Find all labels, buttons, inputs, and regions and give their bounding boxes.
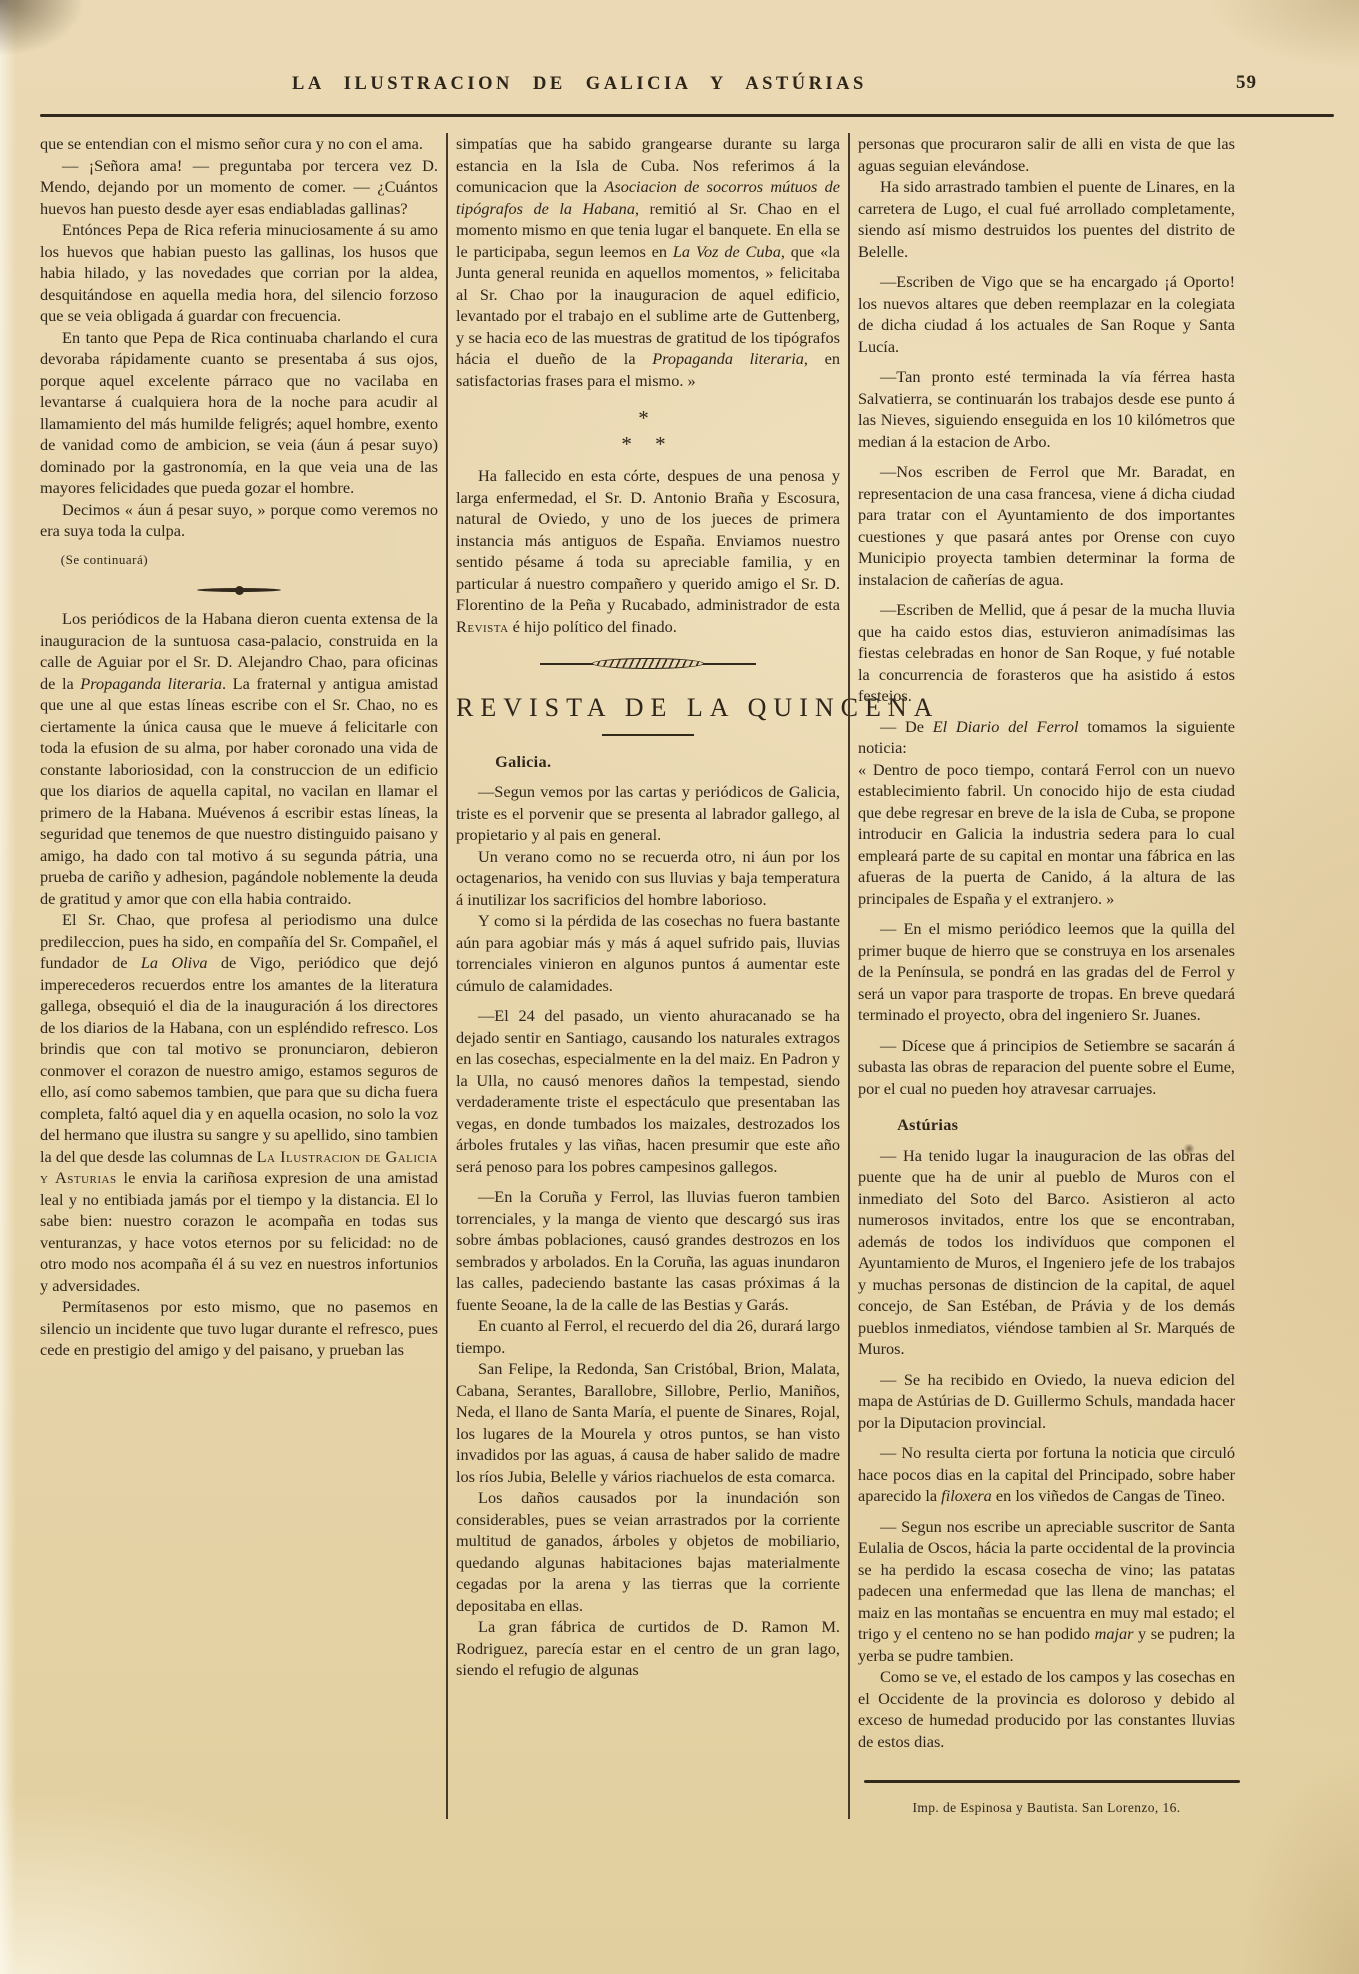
column-3: personas que procuraron salir de alli en… [858,133,1235,1819]
block-pn: — Se ha recibido en Oviedo, la nueva edi… [858,1369,1235,1434]
block-np: que se entendian con el mismo señor cura… [40,133,438,155]
block-p: En tanto que Pepa de Rica continuaba cha… [40,327,438,499]
block-pn: — Dícese que á principios de Setiembre s… [858,1035,1235,1100]
block-np: « Dentro de poco tiempo, contará Ferrol … [858,759,1235,910]
block-p: Como se ve, el estado de los campos y la… [858,1666,1235,1752]
block-p: En cuanto al Ferrol, el recuerdo del dia… [456,1315,840,1358]
page-number: 59 [1236,72,1257,94]
content-columns: que se entendian con el mismo señor cura… [0,133,1359,1819]
block-pn: — Ha tenido lugar la inauguracion de las… [858,1145,1235,1360]
block-pn: — No resulta cierta por fortuna la notic… [858,1442,1235,1507]
block-p: San Felipe, la Redonda, San Cristóbal, B… [456,1358,840,1487]
section-heading-revista: REVISTA DE LA QUINCENA [456,697,840,736]
imprint-line: Imp. de Espinosa y Bautista. San Lorenzo… [858,1797,1235,1819]
block-pn: — Segun nos escribe un apreciable suscri… [858,1516,1235,1667]
block-pn: —Escriben de Mellid, que á pesar de la m… [858,599,1235,707]
block-p: El Sr. Chao, que profesa al periodismo u… [40,909,438,1296]
tapered-rule-ornament [197,588,281,592]
column-1: que se entendian con el mismo señor cura… [40,133,438,1819]
continuation-note: (Se continuará) [40,549,438,571]
block-pn: —En la Coruña y Ferrol, las lluvias fuer… [456,1186,840,1315]
subheading-asturias: Astúrias [858,1114,1235,1136]
column-divider-left [446,133,448,1819]
block-pn: —Tan pronto esté terminada la vía férrea… [858,366,1235,452]
block-p: Ha sido arrastrado tambien el puente de … [858,176,1235,262]
block-np: personas que procuraron salir de alli en… [858,133,1235,176]
block-pn: —El 24 del pasado, un viento ahuracanado… [456,1005,840,1177]
block-p: Los periódicos de la Habana dieron cuent… [40,608,438,909]
subheading-galicia: Galicia. [456,751,840,773]
block-pn: —Segun vemos por las cartas y periódicos… [456,781,840,846]
page-header: LA ILUSTRACION DE GALICIA Y ASTÚRIAS 59 [0,0,1359,114]
column-divider-right [848,133,850,1819]
block-p: — ¡Señora ama! — preguntaba por tercera … [40,155,438,220]
block-p: Entónces Pepa de Rica referia minuciosam… [40,219,438,327]
block-p: Decimos « áun á pesar suyo, » porque com… [40,499,438,542]
block-pn: — En el mismo periódico leemos que la qu… [858,918,1235,1026]
masthead-title: LA ILUSTRACION DE GALICIA Y ASTÚRIAS [292,74,867,95]
block-p: Un verano como no se recuerda otro, ni á… [456,846,840,911]
braided-rule-ornament [540,657,756,671]
header-rule [40,114,1334,117]
newspaper-page: LA ILUSTRACION DE GALICIA Y ASTÚRIAS 59 … [0,0,1359,1974]
block-np: simpatías que ha sabido grangearse duran… [456,133,840,391]
imprint-rule [864,1780,1240,1783]
block-pn: —Escriben de Vigo que se ha encargado ¡á… [858,271,1235,357]
block-p: Permítasenos por esto mismo, que no pase… [40,1296,438,1361]
block-p: Y como si la pérdida de las cosechas no … [456,910,840,996]
block-p: La gran fábrica de curtidos de D. Ramon … [456,1616,840,1681]
asterisk-separator: * * * [456,405,840,457]
block-pn: — De El Diario del Ferrol tomamos la sig… [858,716,1235,759]
column-2: simpatías que ha sabido grangearse duran… [456,133,840,1819]
block-p: Ha fallecido en esta córte, despues de u… [456,465,840,637]
block-p: Los daños causados por la inundación son… [456,1487,840,1616]
block-pn: —Nos escriben de Ferrol que Mr. Baradat,… [858,461,1235,590]
